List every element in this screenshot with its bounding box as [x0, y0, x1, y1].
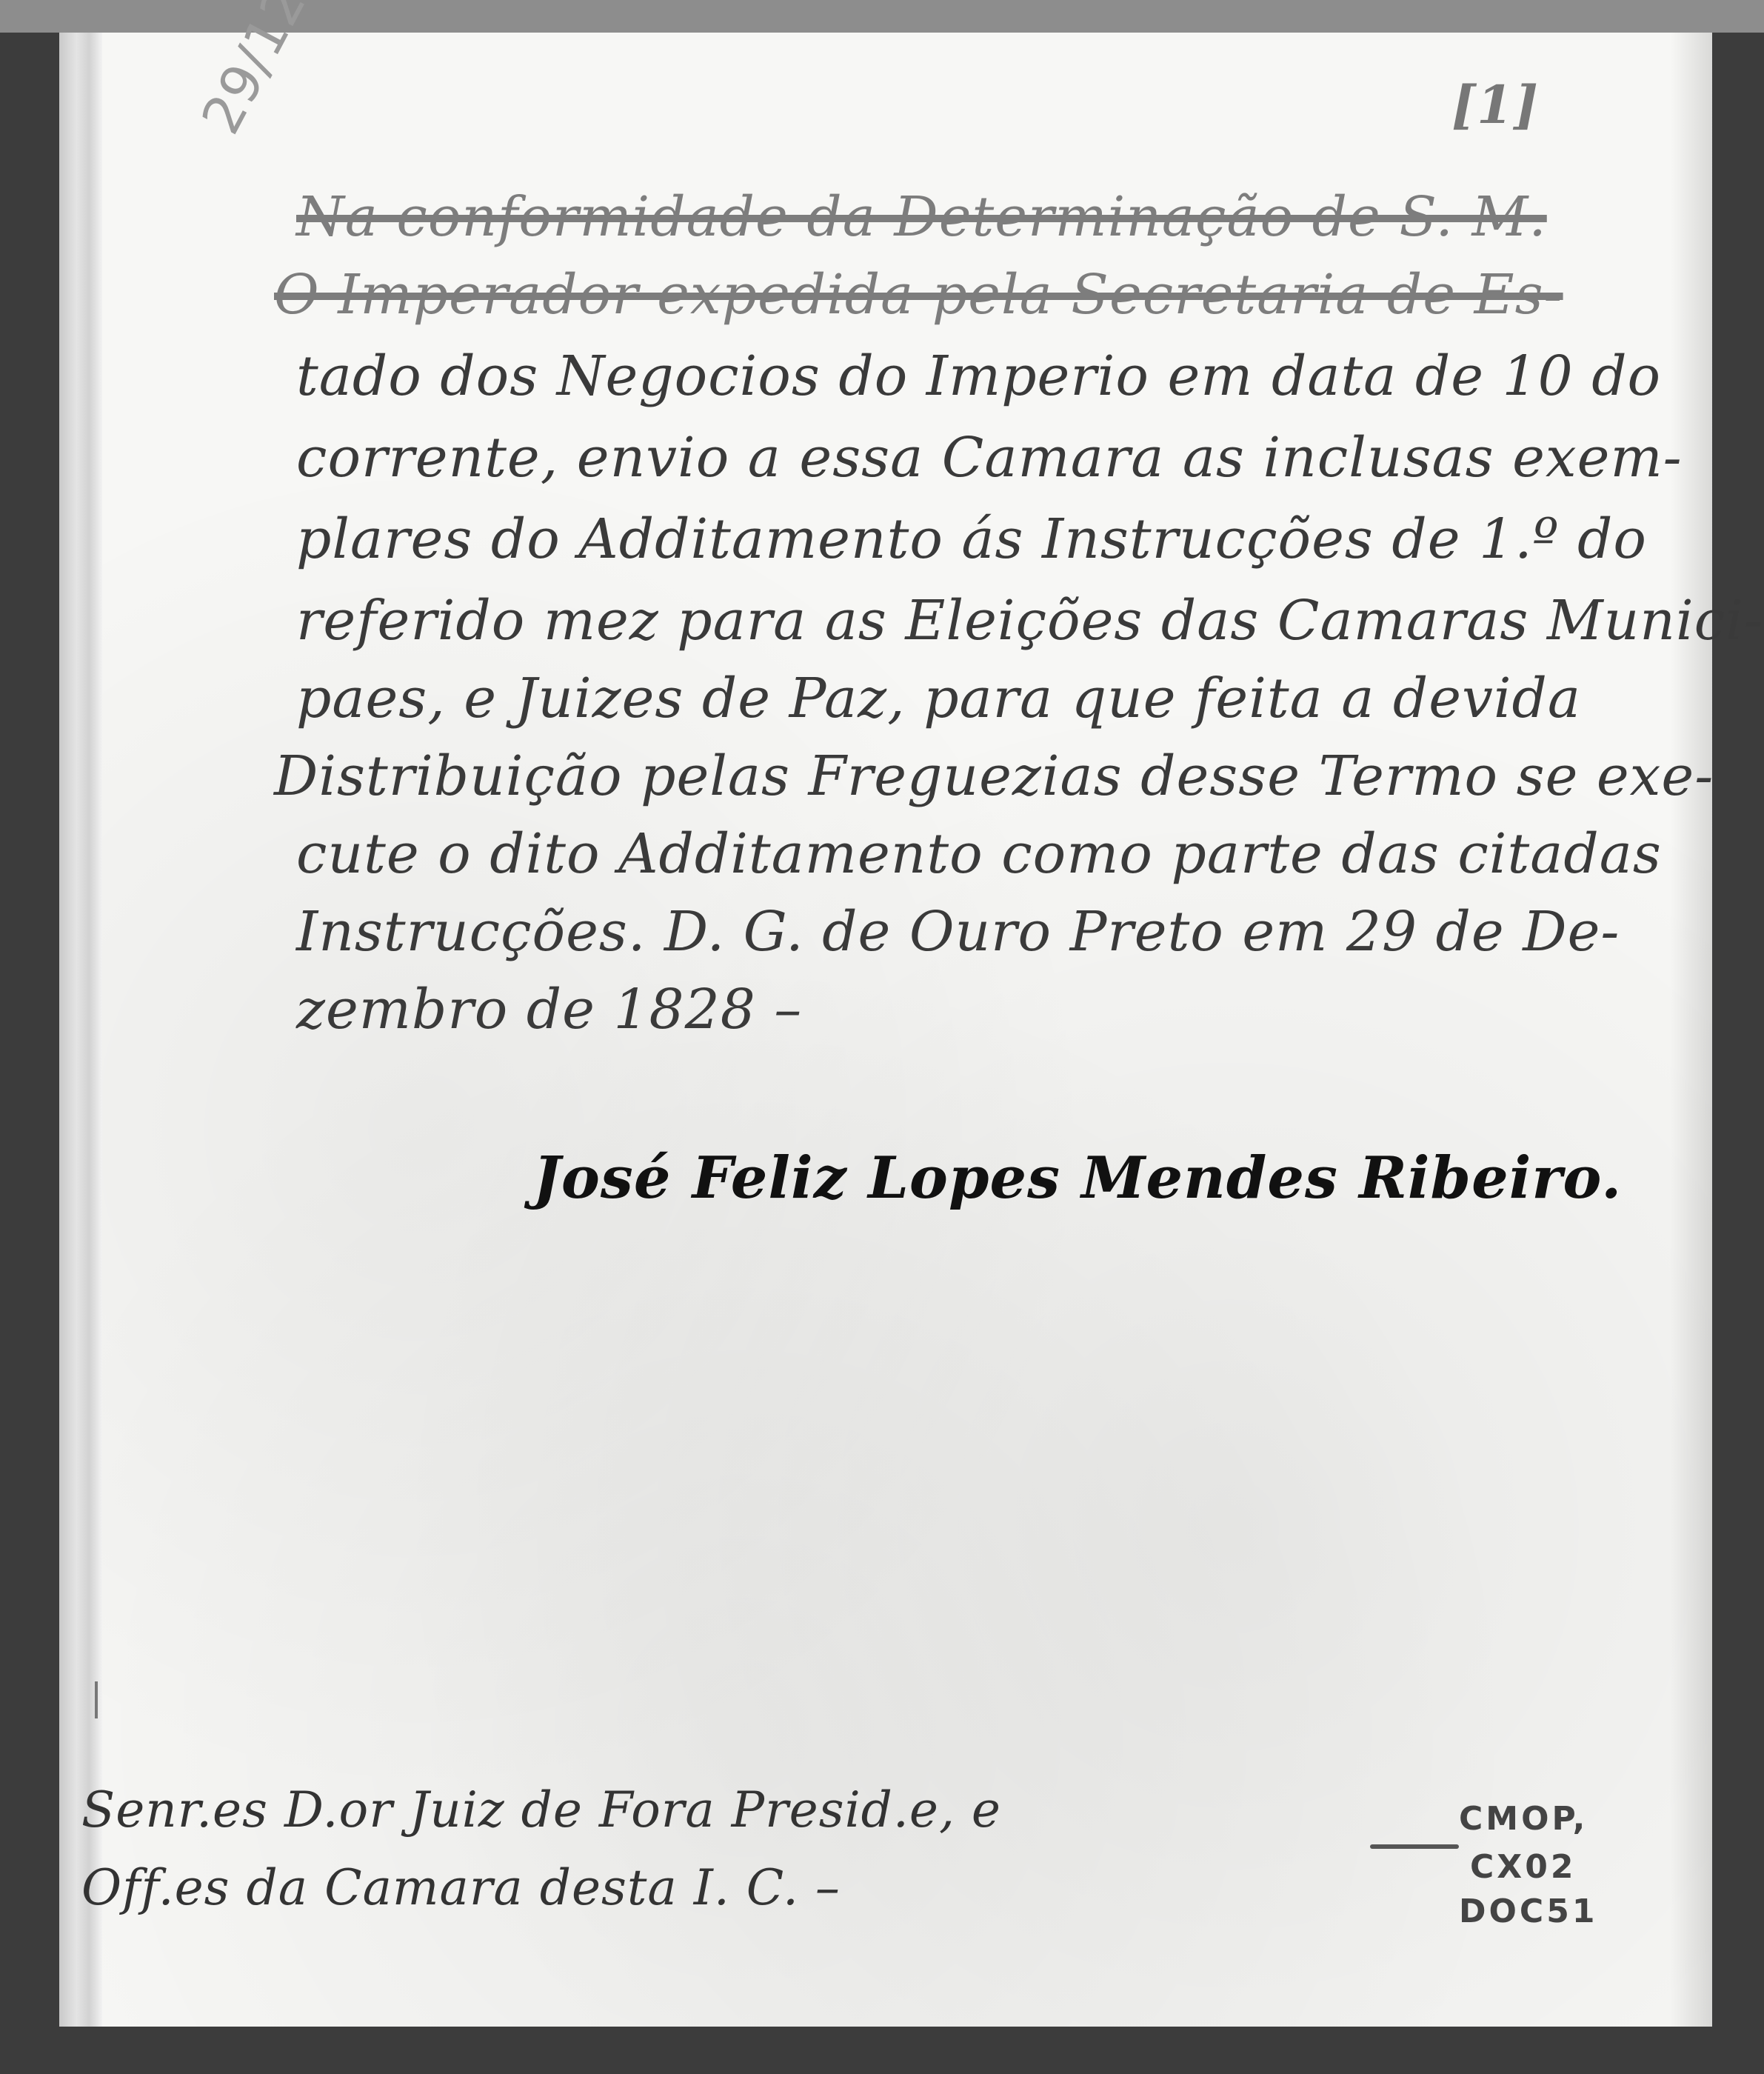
body-line-10: Instrucções. D. G. de Ouro Preto em 29 d…: [296, 900, 1620, 964]
archive-ref-box: CX02: [1470, 1848, 1576, 1886]
paper-edge-shadow: [1670, 33, 1712, 2027]
archive-ref-collection: CMOP,: [1459, 1800, 1588, 1838]
body-line-3: tado dos Negocios do Imperio em data de …: [296, 344, 1661, 408]
addressee-line-1: Senr.es D.or Juiz de Fora Presid.e, e: [81, 1781, 1001, 1838]
body-line-7: paes, e Juizes de Paz, para que feita a …: [296, 667, 1581, 730]
body-line-11: zembro de 1828 –: [296, 978, 802, 1041]
page-number-mark: [1]: [1451, 74, 1539, 136]
signature: José Feliz Lopes Mendes Ribeiro.: [533, 1144, 1622, 1212]
archive-ref-document: DOC51: [1459, 1893, 1597, 1930]
body-line-1-struck: Na conformidade da Determinação de S. M.: [296, 185, 1547, 249]
body-line-6: referido mez para as Eleições das Camara…: [296, 589, 1763, 653]
body-line-9: cute o dito Additamento como parte das c…: [296, 822, 1662, 886]
body-line-8: Distribuição pelas Freguezias desse Term…: [274, 744, 1714, 808]
body-line-4: corrente, envio a essa Camara as inclusa…: [296, 426, 1683, 490]
paper-left-margin-strip: [59, 33, 102, 2027]
archive-dash-mark: [1370, 1844, 1459, 1849]
addressee-line-2: Off.es da Camara desta I. C. –: [81, 1859, 841, 1916]
margin-tick-mark: [95, 1681, 98, 1718]
body-line-2-struck: O Imperador expedida pela Secretaria de …: [274, 263, 1563, 327]
body-line-5: plares do Additamento ás Instrucções de …: [296, 507, 1647, 571]
